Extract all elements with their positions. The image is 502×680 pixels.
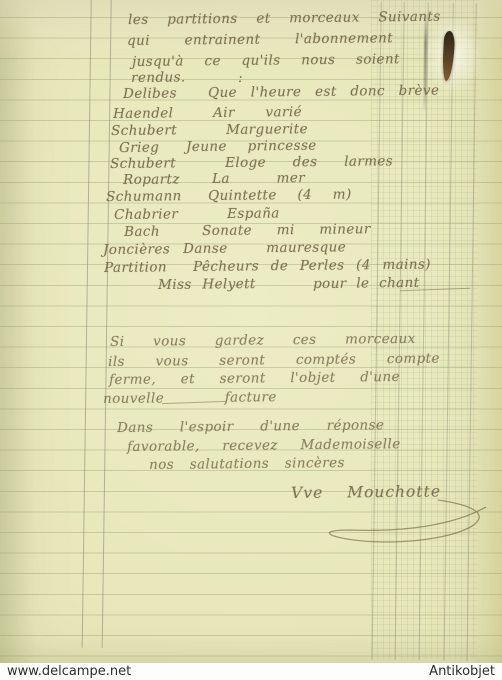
composer-name: Grieg — [119, 140, 159, 156]
margin-rule-2 — [102, 0, 112, 648]
watermark-bar: www.delcampe.net Antikobjet — [0, 663, 502, 680]
letter-intro-line: les partitions et morceaux Suivants — [128, 9, 441, 28]
piece-title: Miss Helyett — [158, 276, 256, 293]
composer-name: Ropartz — [123, 171, 180, 188]
margin-rule-1 — [82, 0, 92, 648]
letter-intro-line: rendus. — [131, 69, 186, 86]
piece-title: Que l'heure est donc brève — [208, 83, 439, 101]
letter-closing-line: Dans l'espoir d'une réponse — [117, 417, 384, 436]
composer-name: Haendel — [113, 105, 173, 122]
punctuation-mark: : — [238, 70, 243, 86]
column-rule-4 — [444, 3, 454, 661]
letter-intro-line: qui entrainent l'abonnement — [127, 30, 393, 49]
composer-name: Joncières — [103, 241, 170, 258]
composer-name: Schumann — [106, 188, 182, 205]
piece-title: Marguerite — [226, 121, 308, 138]
letter-closing-line: nos salutations sincères — [149, 455, 345, 473]
letter-closing-line: favorable, recevez Mademoiselle — [127, 436, 401, 455]
piece-title: Air varié — [213, 104, 302, 121]
composer-name: Bach — [124, 224, 160, 240]
composer-name: Schubert — [110, 155, 176, 172]
composer-name: Schubert — [111, 122, 177, 139]
piece-title: Pêcheurs de Perles (4 mains) — [193, 257, 431, 275]
letter-body-line: ferme, et seront l'objet d'une — [109, 369, 400, 388]
piece-title: Quintette (4 m) — [208, 186, 352, 204]
composer-name: Chabrier — [114, 206, 178, 223]
piece-title: La mer — [212, 170, 305, 187]
scanned-letter: les partitions et morceaux Suivants qui … — [0, 0, 502, 680]
letter-body-line: nouvelle facture — [103, 389, 277, 407]
composer-name: Partition — [104, 259, 167, 276]
piece-title: España — [227, 205, 280, 222]
watermark-brand: Antikobjet — [429, 663, 495, 680]
piece-title: Danse mauresque — [183, 239, 346, 257]
column-rule-5 — [467, 3, 477, 661]
piece-title: Jeune princesse — [186, 138, 317, 155]
letter-body-line: Si vous gardez ces morceaux — [110, 331, 416, 350]
letter-intro-line: jusqu'à ce qu'ils nous soient — [132, 51, 400, 70]
watermark-site: www.delcampe.net — [7, 663, 131, 680]
piece-title: Sonate mi mineur — [202, 221, 371, 239]
signature-flourish — [280, 478, 492, 548]
piece-title: Eloge des larmes — [225, 153, 393, 171]
composer-name: Delibes — [123, 85, 177, 102]
